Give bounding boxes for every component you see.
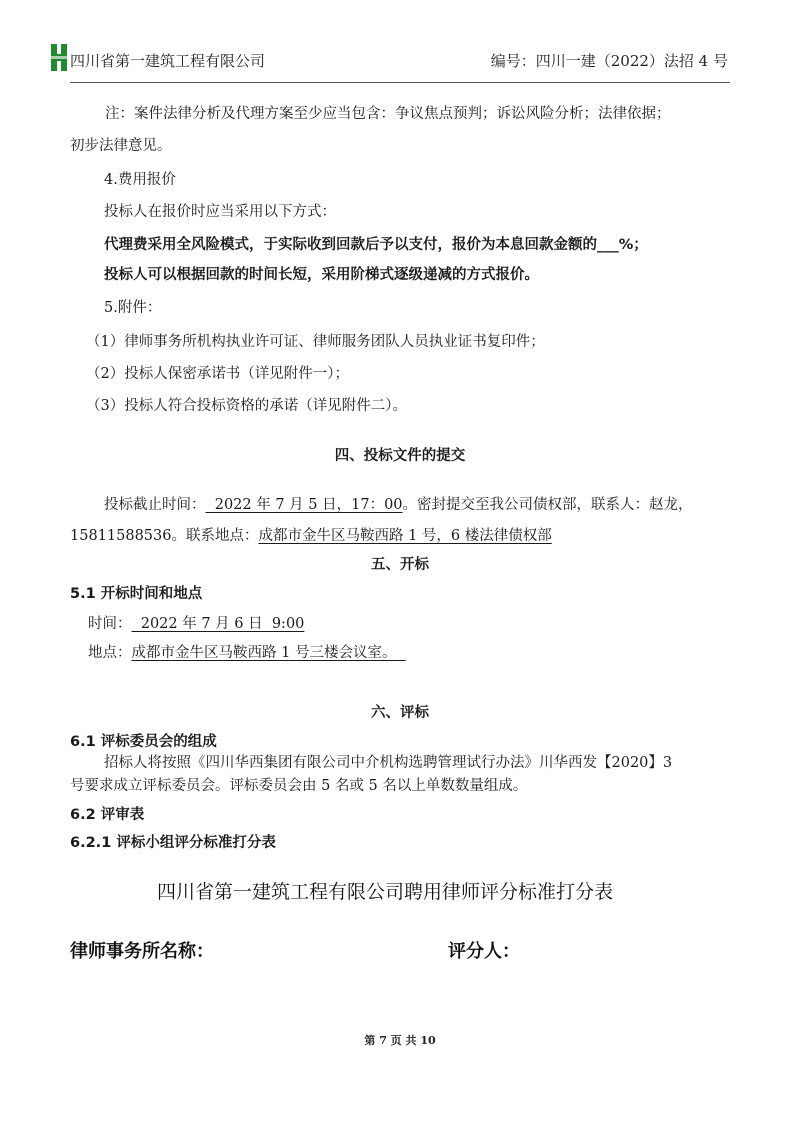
section-6-2-heading: 6.2 评审表	[70, 803, 144, 824]
deadline-value: 2022 年 7 月 5 日，17：00	[206, 497, 403, 513]
law-firm-name-label: 律师事务所名称：	[70, 937, 214, 963]
note-line-1: 注：案件法律分析及代理方案至少应当包含：争议焦点预判；诉讼风险分析；法律依据；	[105, 102, 671, 123]
fee-intro: 投标人在报价时应当采用以下方式：	[104, 200, 336, 221]
header-divider	[70, 82, 730, 83]
opening-time-value: 2022 年 7 月 6 日 9:00	[132, 616, 305, 632]
opening-place-value: 成都市金牛区马鞍西路 1 号三楼会议室。	[132, 645, 397, 661]
attachment-item-2: （2）投标人保密承诺书（详见附件一）；	[86, 362, 349, 383]
opening-time-label: 时间：	[88, 616, 132, 632]
contact-address: 成都市金牛区马鞍西路 1 号，6 楼法律债权部	[258, 528, 551, 544]
scorer-label: 评分人：	[448, 937, 520, 963]
deadline-label: 投标截止时间：	[104, 497, 206, 513]
section-6-title: 六、评标	[0, 701, 800, 722]
committee-para-line-2: 号要求成立评标委员会。评标委员会由 5 名或 5 名以上单数数量组成。	[70, 774, 527, 795]
section-4-title: 四、投标文件的提交	[0, 444, 800, 465]
phone-and-label: 15811588536。联系地点：	[70, 528, 258, 544]
deadline-rest: 。密封提交至我公司债权部，联系人：赵龙，	[403, 497, 693, 513]
fee-heading: 4.费用报价	[104, 168, 176, 189]
fee-bold-line-2: 投标人可以根据回款的时间长短，采用阶梯式逐级递减的方式报价。	[104, 263, 539, 284]
opening-place-label: 地点：	[88, 645, 132, 661]
opening-time-line: 时间： 2022 年 7 月 6 日 9:00	[88, 612, 304, 633]
section-5-1-heading: 5.1 开标时间和地点	[70, 582, 202, 603]
section-5-title: 五、开标	[0, 553, 800, 574]
attachment-item-1: （1）律师事务所机构执业许可证、律师服务团队人员执业证书复印件；	[86, 330, 545, 351]
header-company-name: 四川省第一建筑工程有限公司	[70, 50, 265, 71]
note-line-2: 初步法律意见。	[70, 134, 172, 155]
section-6-1-heading: 6.1 评标委员会的组成	[70, 730, 217, 751]
header-doc-number: 编号：四川一建（2022）法招 4 号	[491, 50, 728, 71]
section-6-2-1-heading: 6.2.1 评标小组评分标准打分表	[70, 831, 276, 852]
opening-place-line: 地点：成都市金牛区马鞍西路 1 号三楼会议室。	[88, 641, 406, 662]
deadline-line: 投标截止时间： 2022 年 7 月 5 日，17：00。密封提交至我公司债权部…	[104, 493, 693, 514]
company-logo-icon	[51, 44, 67, 71]
attachments-heading: 5.附件：	[104, 296, 161, 317]
attachment-item-3: （3）投标人符合投标资格的承诺（详见附件二）。	[86, 394, 407, 415]
page-number: 第 7 页 共 10	[0, 1032, 800, 1048]
committee-para-line-1: 招标人将按照《四川华西集团有限公司中介机构选聘管理试行办法》川华西发【2020】…	[104, 751, 672, 772]
contact-line: 15811588536。联系地点：成都市金牛区马鞍西路 1 号，6 楼法律债权部	[70, 524, 552, 545]
score-sheet-title: 四川省第一建筑工程有限公司聘用律师评分标准打分表	[0, 877, 785, 904]
fee-bold-line-1: 代理费采用全风险模式，于实际收到回款后予以支付，报价为本息回款金额的___%；	[104, 233, 648, 254]
